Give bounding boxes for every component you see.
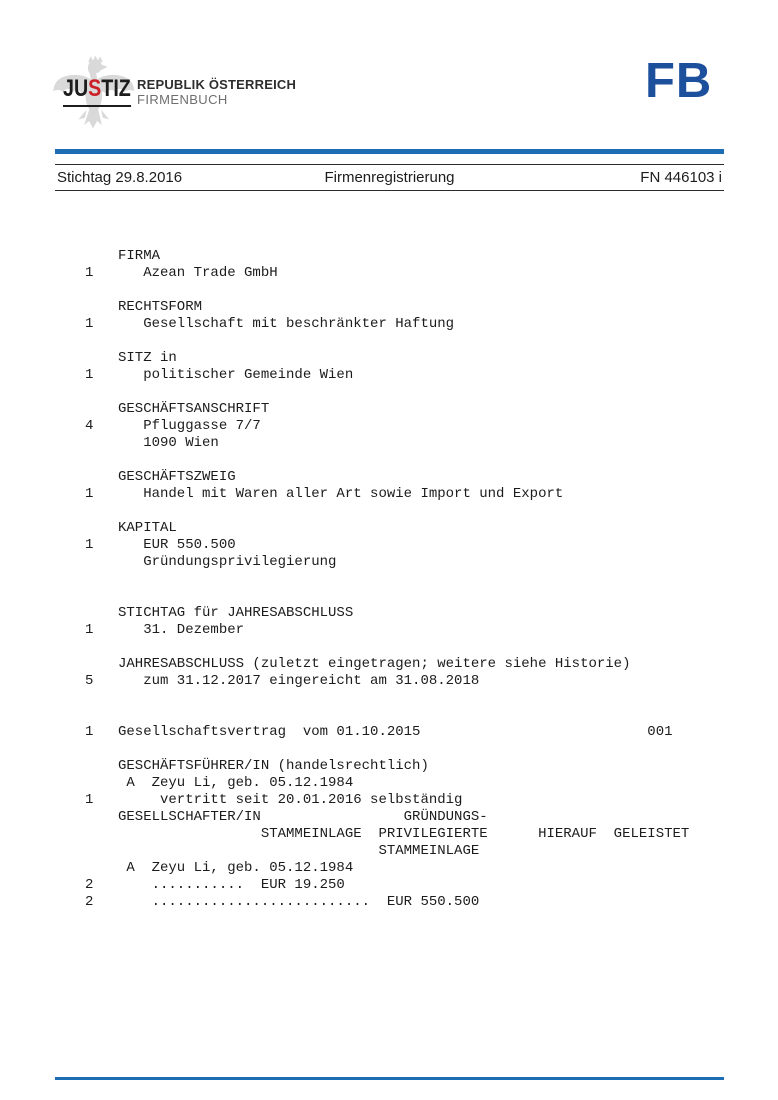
body-line: 5 zum 31.12.2017 eingereicht am 31.08.20…	[85, 673, 689, 690]
body-line: KAPITAL	[85, 520, 689, 537]
line-number: 5	[85, 673, 118, 690]
line-text: ........... EUR 19.250	[118, 877, 345, 894]
line-number	[85, 826, 118, 843]
line-number: 2	[85, 894, 118, 911]
line-number	[85, 469, 118, 486]
line-number: 1	[85, 367, 118, 384]
line-number	[85, 282, 118, 299]
line-number: 1	[85, 316, 118, 333]
body-line	[85, 741, 689, 758]
firmenbuch-extract-page: { "logo": { "justiz_prefix": "JU", "just…	[0, 0, 778, 1100]
line-number	[85, 401, 118, 418]
line-number	[85, 435, 118, 452]
body-line: 1 vertritt seit 20.01.2016 selbständig	[85, 792, 689, 809]
register-extract-body: FIRMA 1 Azean Trade GmbH RECHTSFORM 1 Ge…	[85, 248, 689, 911]
line-text: RECHTSFORM	[118, 299, 202, 316]
line-text: Azean Trade GmbH	[118, 265, 278, 282]
justiz-logo-tiz: TIZ	[101, 75, 131, 102]
line-number	[85, 588, 118, 605]
document-title: Firmenregistrierung	[55, 168, 724, 188]
line-text: Handel mit Waren aller Art sowie Import …	[118, 486, 563, 503]
body-line: Gründungsprivilegierung	[85, 554, 689, 571]
justiz-logo-ju: JU	[63, 75, 88, 102]
line-number	[85, 571, 118, 588]
bottom-blue-rule	[55, 1077, 724, 1080]
line-text: 31. Dezember	[118, 622, 244, 639]
body-line: 1Gesellschaftsvertrag vom 01.10.2015 001	[85, 724, 689, 741]
body-line	[85, 384, 689, 401]
body-line: RECHTSFORM	[85, 299, 689, 316]
line-text: GESELLSCHAFTER/IN GRÜNDUNGS-	[118, 809, 488, 826]
body-line: 2 ........... EUR 19.250	[85, 877, 689, 894]
body-line: 1 Azean Trade GmbH	[85, 265, 689, 282]
line-text: JAHRESABSCHLUSS (zuletzt eingetragen; we…	[118, 656, 630, 673]
line-number	[85, 758, 118, 775]
line-text: zum 31.12.2017 eingereicht am 31.08.2018	[118, 673, 479, 690]
line-text: Gründungsprivilegierung	[118, 554, 336, 571]
line-text: vertritt seit 20.01.2016 selbständig	[118, 792, 462, 809]
line-text: Gesellschaft mit beschränkter Haftung	[118, 316, 454, 333]
line-number	[85, 690, 118, 707]
line-text: politischer Gemeinde Wien	[118, 367, 353, 384]
line-text: STICHTAG für JAHRESABSCHLUSS	[118, 605, 353, 622]
justiz-logo-paragraph-s: S	[88, 75, 101, 102]
line-number	[85, 741, 118, 758]
body-line: GESCHÄFTSANSCHRIFT	[85, 401, 689, 418]
line-number	[85, 775, 118, 792]
line-text: GESCHÄFTSANSCHRIFT	[118, 401, 269, 418]
line-number: 1	[85, 724, 118, 741]
letterhead-org-block: REPUBLIK ÖSTERREICH FIRMENBUCH	[137, 78, 296, 107]
firmenbuch-label: FIRMENBUCH	[137, 93, 296, 107]
fb-logo: FB	[645, 55, 725, 107]
body-line: STAMMEINLAGE	[85, 843, 689, 860]
body-line: FIRMA	[85, 248, 689, 265]
body-line: SITZ in	[85, 350, 689, 367]
body-line: STAMMEINLAGE PRIVILEGIERTE HIERAUF GELEI…	[85, 826, 689, 843]
line-number	[85, 384, 118, 401]
body-line: 1 Handel mit Waren aller Art sowie Impor…	[85, 486, 689, 503]
line-text: Pfluggasse 7/7	[118, 418, 261, 435]
body-line: A Zeyu Li, geb. 05.12.1984	[85, 860, 689, 877]
line-text: A Zeyu Li, geb. 05.12.1984	[118, 860, 353, 877]
line-number	[85, 350, 118, 367]
body-line: 1 EUR 550.500	[85, 537, 689, 554]
body-line: A Zeyu Li, geb. 05.12.1984	[85, 775, 689, 792]
body-line: 4 Pfluggasse 7/7	[85, 418, 689, 435]
body-line: 1 Gesellschaft mit beschränkter Haftung	[85, 316, 689, 333]
body-line: JAHRESABSCHLUSS (zuletzt eingetragen; we…	[85, 656, 689, 673]
line-text: 1090 Wien	[118, 435, 219, 452]
body-line: GESCHÄFTSFÜHRER/IN (handelsrechtlich)	[85, 758, 689, 775]
body-line	[85, 588, 689, 605]
body-line	[85, 503, 689, 520]
body-line: 1 31. Dezember	[85, 622, 689, 639]
line-number	[85, 452, 118, 469]
line-number	[85, 554, 118, 571]
line-number	[85, 503, 118, 520]
body-line	[85, 639, 689, 656]
body-line: GESELLSCHAFTER/IN GRÜNDUNGS-	[85, 809, 689, 826]
line-number	[85, 605, 118, 622]
line-number: 1	[85, 792, 118, 809]
body-line	[85, 571, 689, 588]
header-top-divider	[55, 164, 724, 165]
line-text: GESCHÄFTSZWEIG	[118, 469, 236, 486]
line-number: 1	[85, 537, 118, 554]
body-line	[85, 707, 689, 724]
republik-oesterreich-label: REPUBLIK ÖSTERREICH	[137, 78, 296, 92]
body-line	[85, 452, 689, 469]
body-line	[85, 333, 689, 350]
line-text: GESCHÄFTSFÜHRER/IN (handelsrechtlich)	[118, 758, 429, 775]
line-number	[85, 707, 118, 724]
line-text: EUR 550.500	[118, 537, 236, 554]
line-number	[85, 299, 118, 316]
line-number: 1	[85, 622, 118, 639]
line-number	[85, 860, 118, 877]
line-text: STAMMEINLAGE	[118, 843, 479, 860]
line-number	[85, 248, 118, 265]
line-text: A Zeyu Li, geb. 05.12.1984	[118, 775, 353, 792]
justiz-logo: JUSTIZ	[63, 75, 131, 107]
line-number	[85, 333, 118, 350]
body-line: 1090 Wien	[85, 435, 689, 452]
fn-number: FN 446103 i	[640, 168, 722, 188]
line-text: KAPITAL	[118, 520, 177, 537]
line-number	[85, 520, 118, 537]
line-text: .......................... EUR 550.500	[118, 894, 479, 911]
line-number	[85, 656, 118, 673]
line-text: SITZ in	[118, 350, 177, 367]
line-number	[85, 809, 118, 826]
body-line: STICHTAG für JAHRESABSCHLUSS	[85, 605, 689, 622]
line-number: 1	[85, 486, 118, 503]
line-text: STAMMEINLAGE PRIVILEGIERTE HIERAUF GELEI…	[118, 826, 689, 843]
line-text: Gesellschaftsvertrag vom 01.10.2015 001	[118, 724, 673, 741]
body-line: 1 politischer Gemeinde Wien	[85, 367, 689, 384]
line-number	[85, 639, 118, 656]
header-bottom-divider	[55, 190, 724, 191]
line-number	[85, 843, 118, 860]
body-line	[85, 282, 689, 299]
document-header-row: Stichtag 29.8.2016 Firmenregistrierung F…	[55, 168, 724, 188]
line-text: FIRMA	[118, 248, 160, 265]
body-line: GESCHÄFTSZWEIG	[85, 469, 689, 486]
body-line: 2 .......................... EUR 550.500	[85, 894, 689, 911]
line-number: 4	[85, 418, 118, 435]
top-blue-rule	[55, 149, 724, 154]
line-number: 2	[85, 877, 118, 894]
body-line	[85, 690, 689, 707]
line-number: 1	[85, 265, 118, 282]
